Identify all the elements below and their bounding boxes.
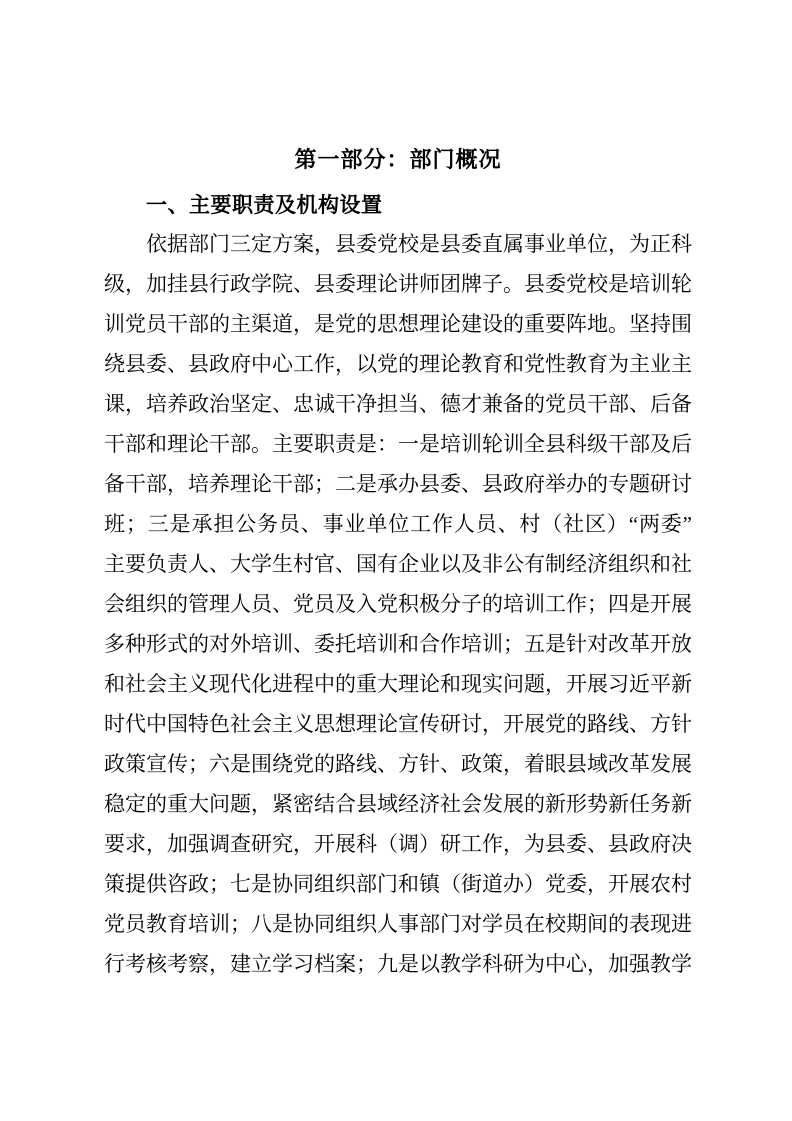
document-page: 第一部分：部门概况 一、主要职责及机构设置 依据部门三定方案，县委党校是县委直属… — [0, 0, 792, 1121]
text-line: 级，加挂县行政学院、县委理论讲师团牌子。县委党校是培训轮 — [104, 264, 692, 304]
text-line: 政策宣传；六是围绕党的路线、方针、政策，着眼县域改革发展 — [104, 744, 692, 784]
text-line: 备干部，培养理论干部；二是承办县委、县政府举办的专题研讨 — [104, 464, 692, 504]
text-line: 训党员干部的主渠道，是党的思想理论建设的重要阵地。坚持围 — [104, 304, 692, 344]
text-line: 行考核考察，建立学习档案；九是以教学科研为中心，加强教学 — [104, 944, 692, 984]
document-title: 第一部分：部门概况 — [104, 144, 692, 176]
text-line: 策提供咨政；七是协同组织部门和镇（街道办）党委，开展农村 — [104, 864, 692, 904]
section-heading: 一、主要职责及机构设置 — [146, 191, 383, 221]
text-line: 稳定的重大问题，紧密结合县域经济社会发展的新形势新任务新 — [104, 784, 692, 824]
text-line: 时代中国特色社会主义思想理论宣传研讨，开展党的路线、方针、 — [104, 704, 692, 744]
text-line: 要求，加强调查研究，开展科（调）研工作，为县委、县政府决 — [104, 824, 692, 864]
text-line: 会组织的管理人员、党员及入党积极分子的培训工作；四是开展 — [104, 584, 692, 624]
text-line: 依据部门三定方案，县委党校是县委直属事业单位，为正科 — [104, 224, 692, 264]
text-line: 干部和理论干部。主要职责是：一是培训轮训全县科级干部及后 — [104, 424, 692, 464]
text-line: 和社会主义现代化进程中的重大理论和现实问题，开展习近平新 — [104, 664, 692, 704]
text-line: 多种形式的对外培训、委托培训和合作培训；五是针对改革开放 — [104, 624, 692, 664]
text-line: 班；三是承担公务员、事业单位工作人员、村（社区）“两委” — [104, 504, 692, 544]
text-line: 课，培养政治坚定、忠诚干净担当、德才兼备的党员干部、后备 — [104, 384, 692, 424]
body-paragraph: 依据部门三定方案，县委党校是县委直属事业单位，为正科级，加挂县行政学院、县委理论… — [104, 224, 692, 984]
text-line: 主要负责人、大学生村官、国有企业以及非公有制经济组织和社 — [104, 544, 692, 584]
text-line: 党员教育培训；八是协同组织人事部门对学员在校期间的表现进 — [104, 904, 692, 944]
text-line: 绕县委、县政府中心工作，以党的理论教育和党性教育为主业主 — [104, 344, 692, 384]
